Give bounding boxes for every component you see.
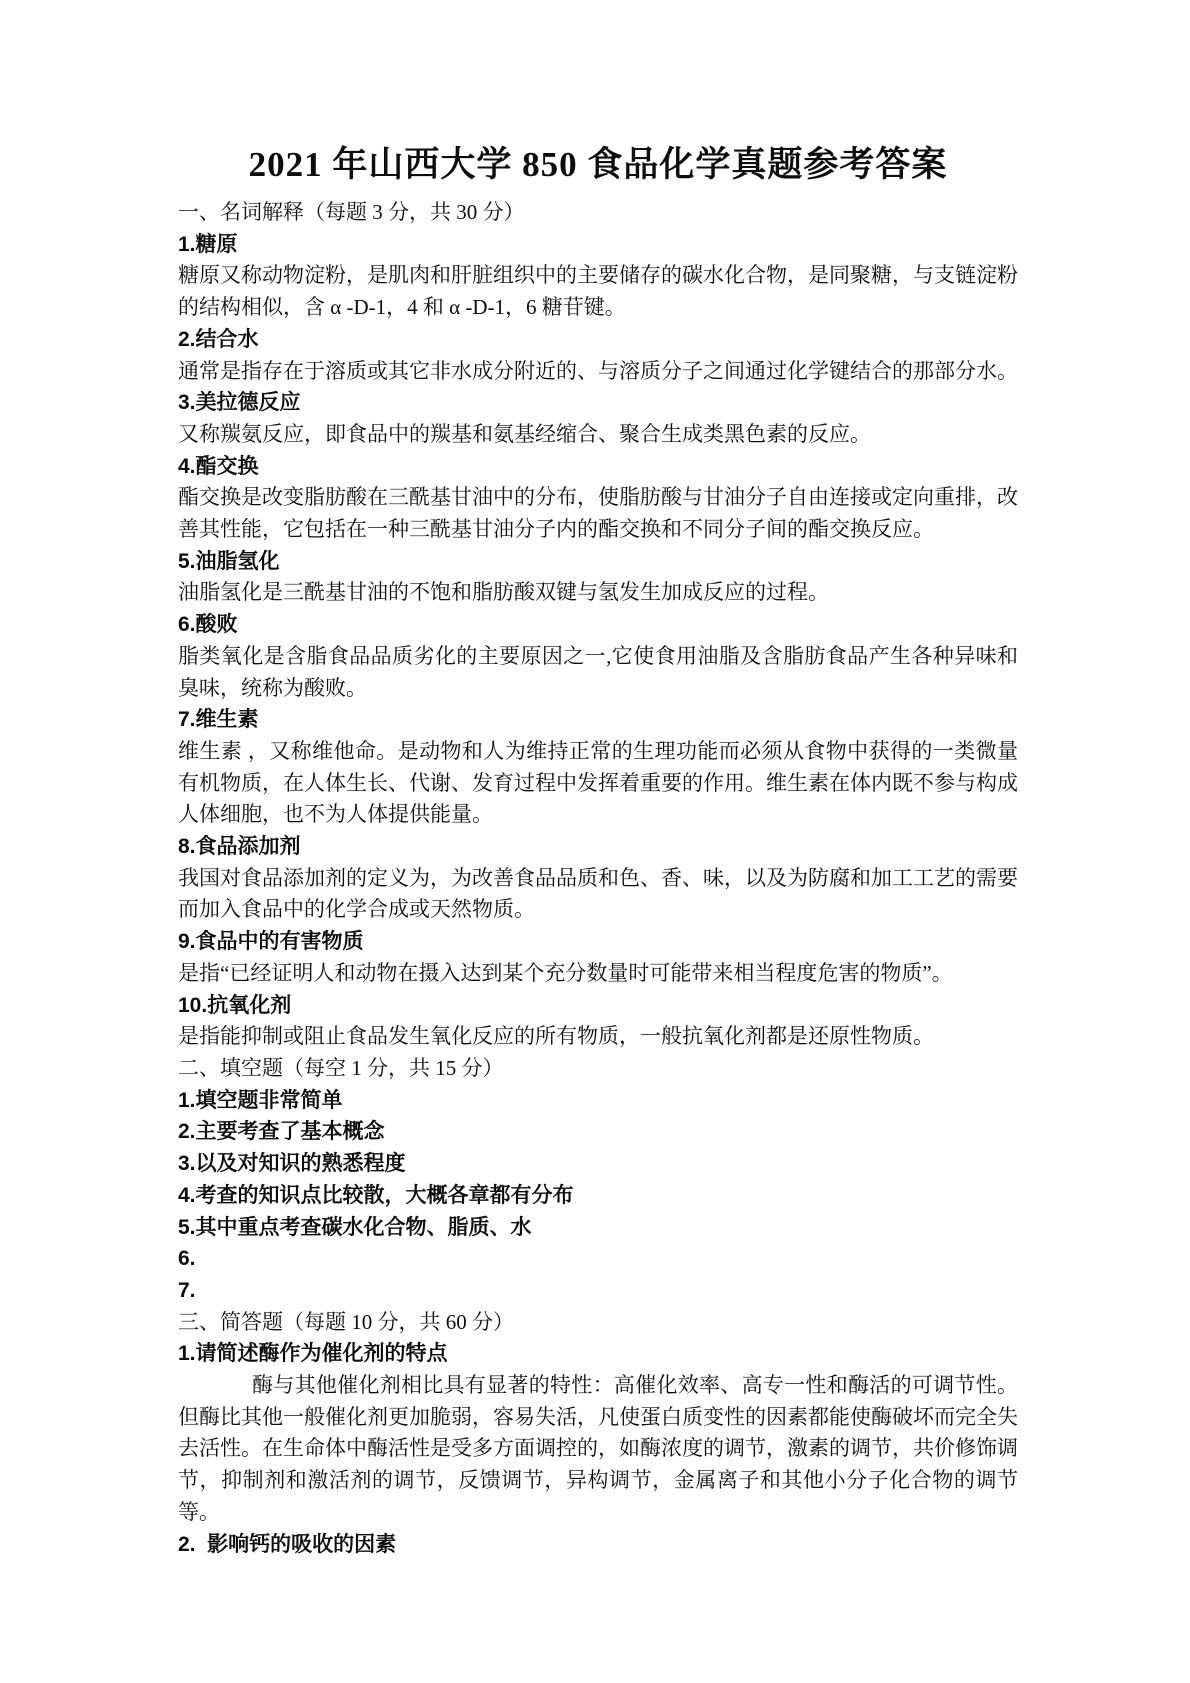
short-answer-section-heading: 三、简答题（每题 10 分，共 60 分）: [178, 1307, 1018, 1339]
definition-text: 脂类氧化是含脂食品品质劣化的主要原因之一,它使食用油脂及含脂肪食品产生各种异味和…: [178, 641, 1018, 704]
definition-term: 3.美拉德反应: [178, 387, 1018, 419]
fill-item: 4.考查的知识点比较散，大概各章都有分布: [178, 1180, 1018, 1212]
definition-term: 9.食品中的有害物质: [178, 926, 1018, 958]
fill-item: 5.其中重点考查碳水化合物、脂质、水: [178, 1212, 1018, 1244]
fill-in-blanks-section-heading: 二、填空题（每空 1 分，共 15 分）: [178, 1053, 1018, 1085]
question-title: 2. 影响钙的吸收的因素: [178, 1529, 1018, 1561]
document-page: 2021 年山西大学 850 食品化学真题参考答案 一、名词解释（每题 3 分，…: [0, 0, 1190, 1683]
definition-text: 又称羰氨反应，即食品中的羰基和氨基经缩合、聚合生成类黑色素的反应。: [178, 419, 1018, 451]
answer-text: 酶与其他催化剂相比具有显著的特性：高催化效率、高专一性和酶活的可调节性。但酶比其…: [178, 1370, 1018, 1529]
definition-term: 2.结合水: [178, 324, 1018, 356]
definition-term: 6.酸败: [178, 609, 1018, 641]
definition-term: 8.食品添加剂: [178, 831, 1018, 863]
definition-text: 通常是指存在于溶质或其它非水成分附近的、与溶质分子之间通过化学键结合的那部分水。: [178, 356, 1018, 388]
section-short-answer: 三、简答题（每题 10 分，共 60 分） 1.请简述酶作为催化剂的特点 酶与其…: [178, 1307, 1018, 1561]
definition-text: 油脂氢化是三酰基甘油的不饱和脂肪酸双键与氢发生加成反应的过程。: [178, 577, 1018, 609]
definition-text: 是指能抑制或阻止食品发生氧化反应的所有物质，一般抗氧化剂都是还原性物质。: [178, 1021, 1018, 1053]
definition-text: 酯交换是改变脂肪酸在三酰基甘油中的分布，使脂肪酸与甘油分子自由连接或定向重排，改…: [178, 482, 1018, 545]
definition-text: 糖原又称动物淀粉，是肌肉和肝脏组织中的主要储存的碳水化合物，是同聚糖，与支链淀粉…: [178, 260, 1018, 323]
fill-item: 6.: [178, 1243, 1018, 1275]
definition-term: 10.抗氧化剂: [178, 990, 1018, 1022]
definition-term: 7.维生素: [178, 704, 1018, 736]
section-definitions: 一、名词解释（每题 3 分，共 30 分） 1.糖原 糖原又称动物淀粉，是肌肉和…: [178, 197, 1018, 1053]
definition-term: 5.油脂氢化: [178, 546, 1018, 578]
fill-item: 7.: [178, 1275, 1018, 1307]
question-title: 1.请简述酶作为催化剂的特点: [178, 1338, 1018, 1370]
definitions-section-heading: 一、名词解释（每题 3 分，共 30 分）: [178, 197, 1018, 229]
fill-item: 2.主要考查了基本概念: [178, 1116, 1018, 1148]
fill-item: 1.填空题非常简单: [178, 1085, 1018, 1117]
definition-term: 1.糖原: [178, 229, 1018, 261]
definition-text: 是指“已经证明人和动物在摄入达到某个充分数量时可能带来相当程度危害的物质”。: [178, 958, 1018, 990]
section-fill-in-blanks: 二、填空题（每空 1 分，共 15 分） 1.填空题非常简单 2.主要考查了基本…: [178, 1053, 1018, 1307]
definition-term: 4.酯交换: [178, 451, 1018, 483]
fill-item: 3.以及对知识的熟悉程度: [178, 1148, 1018, 1180]
page-title: 2021 年山西大学 850 食品化学真题参考答案: [178, 143, 1018, 187]
definition-text: 我国对食品添加剂的定义为，为改善食品品质和色、香、味，以及为防腐和加工工艺的需要…: [178, 863, 1018, 926]
definition-text: 维生素 ，又称维他命。是动物和人为维持正常的生理功能而必须从食物中获得的一类微量…: [178, 736, 1018, 831]
